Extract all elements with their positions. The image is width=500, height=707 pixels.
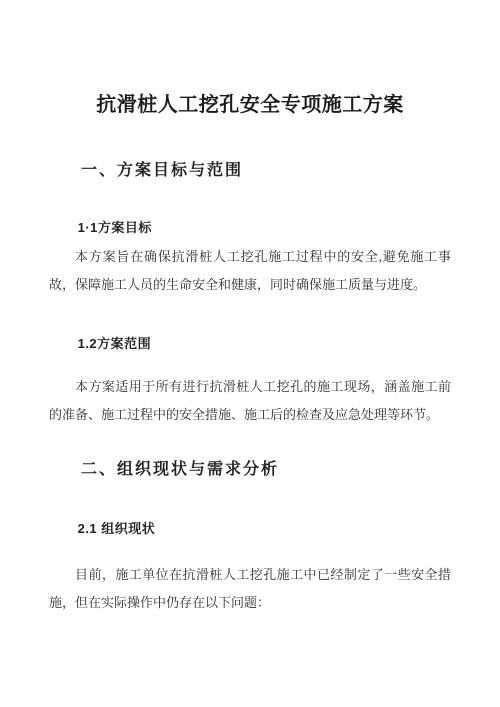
document-page: 抗滑桩人工挖孔安全专项施工方案 一、方案目标与范围 1·1方案目标 本方案旨在确… [0,0,500,707]
section-status-and-needs: 二、组织现状与需求分析 2.1 组织现状 目前，施工单位在抗滑桩人工挖孔施工中已… [49,459,451,617]
subsection-2-1-heading: 2.1 组织现状 [49,519,451,539]
subsection-1-2-paragraph: 本方案适用于所有进行抗滑桩人工挖孔的施工现场，涵盖施工前的准备、施工过程中的安全… [49,373,451,429]
section-2-heading: 二、组织现状与需求分析 [49,459,451,481]
subsection-1-1-heading: 1·1方案目标 [49,218,451,238]
document-title: 抗滑桩人工挖孔安全专项施工方案 [49,90,451,120]
subsection-2-1-paragraph: 目前，施工单位在抗滑桩人工挖孔施工中已经制定了一些安全措施，但在实际操作中仍存在… [49,561,451,617]
subsection-1-1-paragraph: 本方案旨在确保抗滑桩人工挖孔施工过程中的安全,避免施工事故，保障施工人员的生命安… [49,243,451,299]
section-goals-and-scope: 一、方案目标与范围 1·1方案目标 本方案旨在确保抗滑桩人工挖孔施工过程中的安全… [49,160,451,429]
subsection-1-2-heading: 1.2方案范围 [49,334,451,354]
section-1-heading: 一、方案目标与范围 [49,160,451,182]
